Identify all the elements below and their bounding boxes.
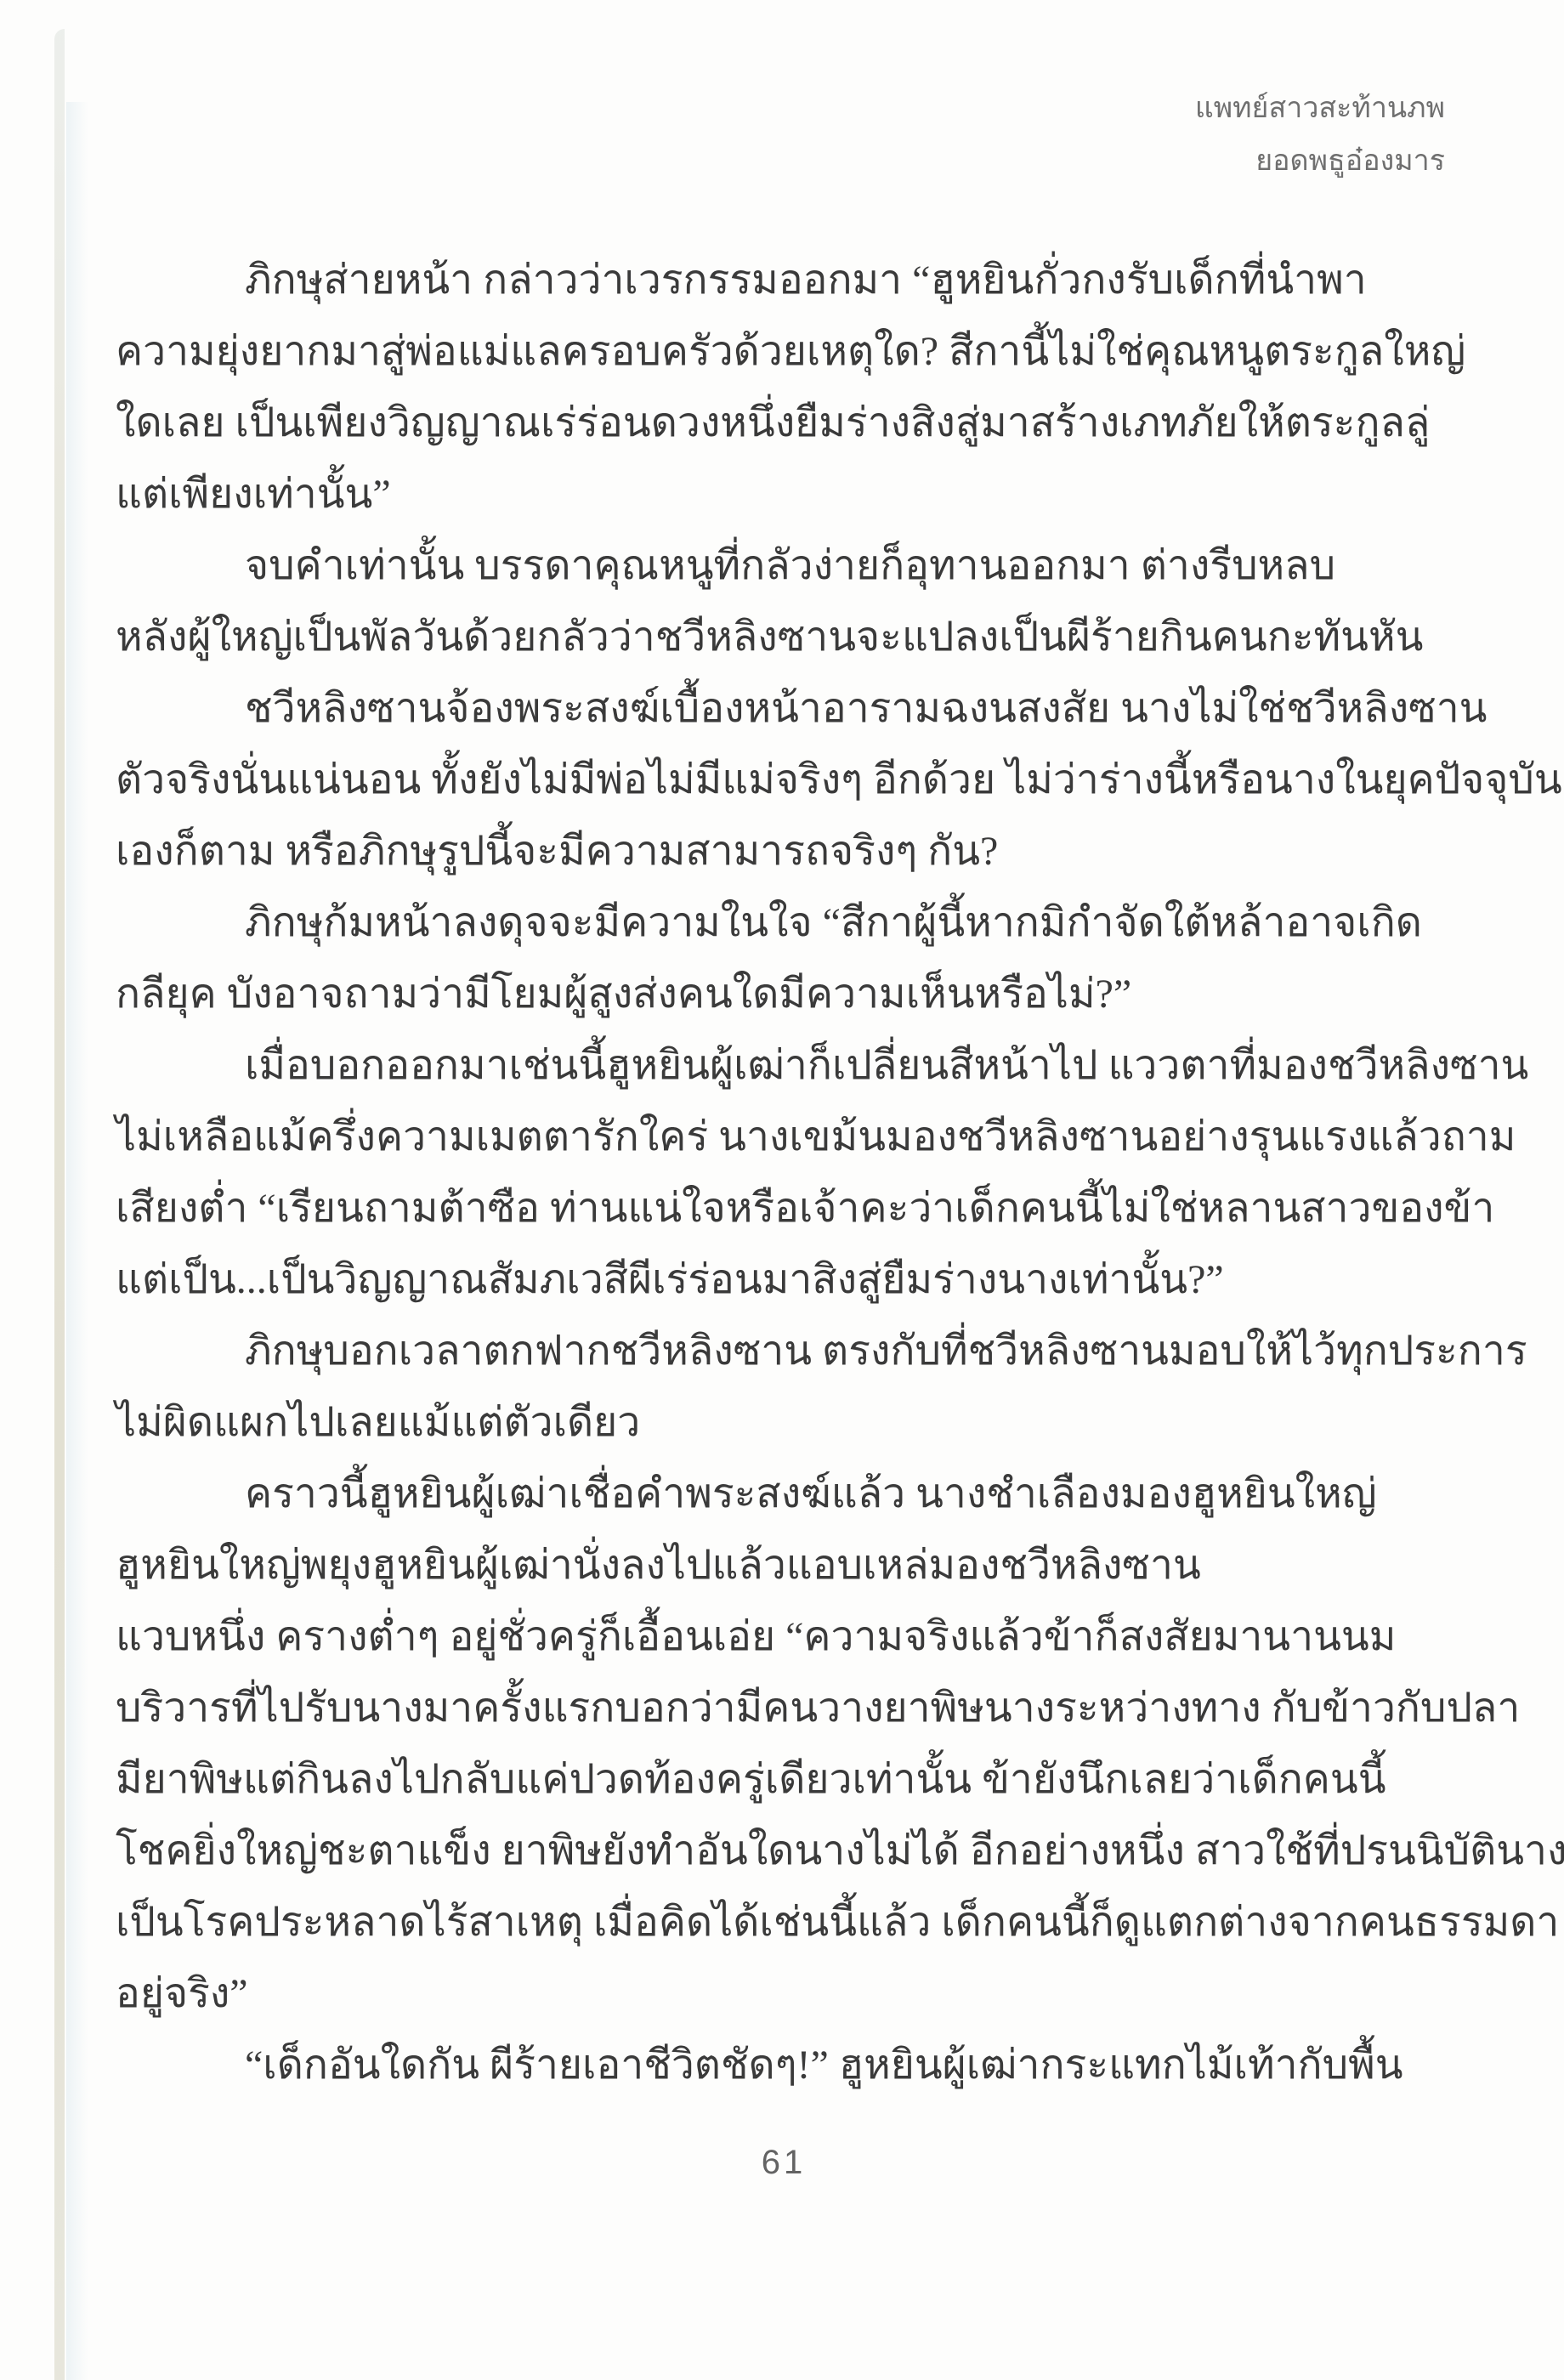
body-line: ไม่เหลือแม้ครึ่งความเมตตารักใคร่ นางเขม้… xyxy=(116,1102,1452,1173)
book-page: แพทย์สาวสะท้านภพ ยอดพธูอ๋องมาร ภิกษุส่าย… xyxy=(0,0,1564,2380)
body-line: ใดเลย เป็นเพียงวิญญาณเร่ร่อนดวงหนึ่งยืมร… xyxy=(116,388,1452,459)
body-line: ภิกษุส่ายหน้า กล่าวว่าเวรกรรมออกมา “ฮูหย… xyxy=(116,245,1452,316)
body-line: ไม่ผิดแผกไปเลยแม้แต่ตัวเดียว xyxy=(116,1387,1452,1459)
body-line: ฮูหยินใหญ่พยุงฮูหยินผู้เฒ่านั่งลงไปแล้วแ… xyxy=(116,1530,1452,1601)
running-header: แพทย์สาวสะท้านภพ ยอดพธูอ๋องมาร xyxy=(1195,82,1445,187)
body-line: จบคำเท่านั้น บรรดาคุณหนูที่กลัวง่ายก็อุท… xyxy=(116,530,1452,602)
running-header-subtitle: ยอดพธูอ๋องมาร xyxy=(1195,134,1445,187)
body-line: แต่เพียงเท่านั้น” xyxy=(116,459,1452,530)
body-line: กลียุค บังอาจถามว่ามีโยมผู้สูงส่งคนใดมีค… xyxy=(116,959,1452,1030)
body-line: ชวีหลิงซานจ้องพระสงฆ์เบื้องหน้าอารามฉงนส… xyxy=(116,673,1452,745)
body-line: แต่เป็น...เป็นวิญญาณสัมภเวสีผีเร่ร่อนมาส… xyxy=(116,1244,1452,1316)
body-line: โชคยิ่งใหญ่ชะตาแข็ง ยาพิษยังทำอันใดนางไม… xyxy=(116,1816,1452,1887)
body-line: คราวนี้ฮูหยินผู้เฒ่าเชื่อคำพระสงฆ์แล้ว น… xyxy=(116,1459,1452,1530)
body-line: ภิกษุบอกเวลาตกฟากชวีหลิงซาน ตรงกับที่ชวี… xyxy=(116,1316,1452,1387)
body-line: ตัวจริงนั่นแน่นอน ทั้งยังไม่มีพ่อไม่มีแม… xyxy=(116,745,1452,816)
body-line: “เด็กอันใดกัน ผีร้ายเอาชีวิตชัดๆ!” ฮูหยิ… xyxy=(116,2030,1452,2101)
body-line: เองก็ตาม หรือภิกษุรูปนี้จะมีความสามารถจร… xyxy=(116,816,1452,887)
body-line: เสียงต่ำ “เรียนถามต้าซือ ท่านแน่ใจหรือเจ… xyxy=(116,1173,1452,1244)
body-line: เป็นโรคประหลาดไร้สาเหตุ เมื่อคิดได้เช่นน… xyxy=(116,1887,1452,1958)
scan-spine-edge xyxy=(54,29,65,2380)
scan-edge-tint xyxy=(66,102,88,2380)
body-line: แวบหนึ่ง ครางต่ำๆ อยู่ชั่วครู่ก็เอื้อนเอ… xyxy=(116,1601,1452,1673)
body-line: เมื่อบอกออกมาเช่นนี้ฮูหยินผู้เฒ่าก็เปลี่… xyxy=(116,1030,1452,1102)
page-number: 61 xyxy=(116,2144,1452,2182)
body-text: ภิกษุส่ายหน้า กล่าวว่าเวรกรรมออกมา “ฮูหย… xyxy=(116,245,1452,2101)
body-line: อยู่จริง” xyxy=(116,1958,1452,2030)
body-line: ความยุ่งยากมาสู่พ่อแม่แลครอบครัวด้วยเหตุ… xyxy=(116,316,1452,388)
body-line: มียาพิษแต่กินลงไปกลับแค่ปวดท้องครู่เดียว… xyxy=(116,1744,1452,1816)
running-header-title: แพทย์สาวสะท้านภพ xyxy=(1195,82,1445,134)
body-line: บริวารที่ไปรับนางมาครั้งแรกบอกว่ามีคนวาง… xyxy=(116,1673,1452,1744)
body-line: ภิกษุก้มหน้าลงดุจจะมีความในใจ “สีกาผู้นี… xyxy=(116,887,1452,959)
body-line: หลังผู้ใหญ่เป็นพัลวันด้วยกลัวว่าชวีหลิงซ… xyxy=(116,602,1452,673)
